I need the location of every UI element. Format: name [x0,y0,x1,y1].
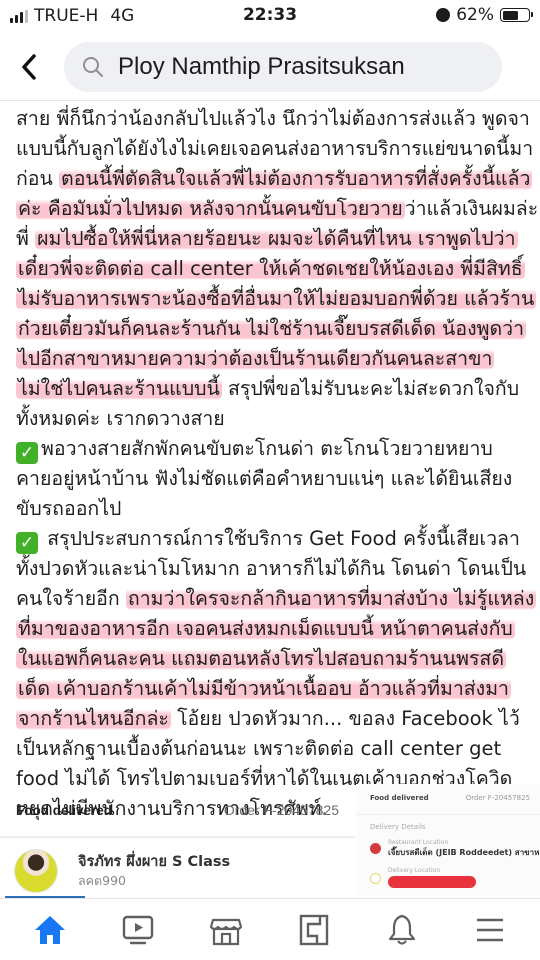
tab-watch[interactable] [108,905,168,955]
home-icon [32,912,68,948]
search-input[interactable]: Ploy Namthip Prasitsuksan [64,42,502,92]
post-line: เป็นหลักฐานเบื้องต้นก่อนนะ เพราะติดต่อ c… [16,734,531,764]
search-query: Ploy Namthip Prasitsuksan [118,53,405,81]
tab-marketplace[interactable] [196,905,256,955]
post-text: สาย พี่ก็นึกว่าน้องกลับไปแล้วไง นึกว่าไม… [16,104,531,824]
post-text-segment: คายอยู่หน้าบ้าน ฟังไม่ชัดแต่คือคำหยาบแน่… [16,467,512,490]
tab-bar-divider [0,898,540,899]
back-button[interactable] [16,50,42,84]
post-line: จากร้านไหนอีกล่ะ โอ้ยย ปวดหัวมาก... ขอลง… [16,704,531,734]
shop-icon [208,912,244,948]
order-status: Food delivered [16,803,112,818]
driver-plate: ลคต990 [78,872,230,890]
post-text-segment: สรุปประสบการณ์การใช้บริการ Get Food ครั้… [41,527,520,550]
post-line: ไม่รับอาหารเพราะน้องซื้อที่อื่นมาให้ไม่ย… [16,284,531,314]
post-text-segment: พอวางสายสักพักคนขับตะโกนด่า ตะโกนโวยวายห… [41,437,493,460]
post-line: พี่ ผมไปซื้อให้พี่นี่หลายร้อยนะ ผมจะได้ค… [16,224,531,254]
highlighted-text: ไม่รับอาหารเพราะน้องซื้อที่อื่นมาให้ไม่ย… [16,287,536,310]
post-text-segment: ว่าแล้วเงินผมล่ะ [405,197,539,220]
post-line: สาย พี่ก็นึกว่าน้องกลับไปแล้วไง นึกว่าไม… [16,104,531,134]
highlighted-text: ไม่ใช่ไปคนละร้านแบบนี้ [16,377,222,400]
driver-row: จิรภัทร ผึ่งผาย S Class ลคต990 [14,846,354,896]
chevron-left-icon [21,54,37,80]
header-divider [0,100,540,101]
highlighted-text: ถามว่าใครจะกล้ากินอาหารที่มาส่งบ้าง ไม่ร… [126,587,536,610]
search-icon [82,56,104,78]
post-line: เด็ด เค้าบอกร้านเค้าไม่มีข้าวหน้าเนื้ออบ… [16,674,531,704]
post-line: ✓ สรุปประสบการณ์การใช้บริการ Get Food คร… [16,524,531,554]
post-line: แบบนี้กับลูกได้ยังไงไม่เคยเจอคนส่งอาหารบ… [16,134,531,164]
post-line: ทั้งปวดหัวและน่าโมโหมาก อาหารก็ไม่ได้กิน… [16,554,531,584]
driver-avatar [14,849,58,893]
highlighted-text: ตอนนี้พี่ตัดสินใจแล้วพี่ไม่ต้องการรับอาห… [59,167,532,190]
restaurant-pin-icon [370,843,381,854]
restaurant-value: เจี๊ยบรสดีเด็ด (JEIB Roddeedet) สาขาหล..… [388,846,540,859]
highlighted-text: เดี๋ยวพี่จะติดต่อ call center ให้เค้าชดเ… [16,257,525,280]
tab-home[interactable] [20,905,80,955]
delivery-details-card: Food delivered Order F-20457825 Delivery… [356,784,540,896]
post-line: ไม่ใช่ไปคนละร้านแบบนี้ สรุปพี่ขอไม่รับนะ… [16,374,531,404]
check-mark-icon: ✓ [16,442,38,464]
post-text-segment: เป็นหลักฐานเบื้องต้นก่อนนะ เพราะติดต่อ c… [16,737,501,760]
highlighted-text: ไปอีกสาขาหมายความว่าต้องเป็นร้านเดียวกัน… [16,347,494,370]
tab-bar [0,900,540,960]
post-line: ก่อน ตอนนี้พี่ตัดสินใจแล้วพี่ไม่ต้องการร… [16,164,531,194]
post-line: ขับรถออกไป [16,494,531,524]
highlighted-text: ค่ะ คือมันมั่วไปหมด หลังจากนั้นคนขับโวยว… [16,197,405,220]
restaurant-stop: Restaurant Location เจี๊ยบรสดีเด็ด (JEIB… [356,839,540,859]
status-right: 62% [436,5,530,25]
video-icon [120,912,156,948]
post-text-segment: คนใจร้ายอีก [16,587,126,610]
restaurant-label: Restaurant Location [388,839,540,846]
tab-notifications[interactable] [372,905,432,955]
delivery-label: Delivery Location [388,867,540,874]
status-bar: TRUE-H 4G 22:33 62% [0,0,540,34]
alarm-icon [436,8,450,22]
details-order-id: Order F-20457825 [466,794,530,802]
check-mark-icon: ✓ [16,532,38,554]
post-line: ✓พอวางสายสักพักคนขับตะโกนด่า ตะโกนโวยวาย… [16,434,531,464]
search-header: Ploy Namthip Prasitsuksan [0,36,540,98]
bell-icon [384,912,420,948]
details-section-label: Delivery Details [356,815,540,831]
post-line: ในแอพก็คนละคน แถมตอนหลังโทรไปสอบถามร้านน… [16,644,531,674]
tab-menu[interactable] [460,905,520,955]
highlighted-text: ผมไปซื้อให้พี่นี่หลายร้อยนะ ผมจะได้คืนที… [35,227,518,250]
order-id: Order F-20457825 [224,802,339,818]
highlighted-text: ที่มาของอาหารอีก เจอคนส่งหมกเม็ดแบบนี้ ห… [16,617,515,640]
post-text-segment: ทั้งปวดหัวและน่าโมโหมาก อาหารก็ไม่ได้กิน… [16,557,526,580]
gaming-icon [296,912,332,948]
battery-icon [500,8,530,22]
post-line: ค่ะ คือมันมั่วไปหมด หลังจากนั้นคนขับโวยว… [16,194,531,224]
details-status: Food delivered [370,794,429,802]
redacted-address [388,876,476,888]
highlighted-text: เด็ด เค้าบอกร้านเค้าไม่มีข้าวหน้าเนื้ออบ… [16,677,511,700]
highlighted-text: จากร้านไหนอีกล่ะ [16,707,171,730]
order-status-row: Food delivered Order F-20457825 [0,790,355,830]
post-line: คายอยู่หน้าบ้าน ฟังไม่ชัดแต่คือคำหยาบแน่… [16,464,531,494]
post-line: ที่มาของอาหารอีก เจอคนส่งหมกเม็ดแบบนี้ ห… [16,614,531,644]
post-text-segment: ทั้งหมดค่ะ เรากดวางสาย [16,407,225,430]
menu-icon [472,912,508,948]
post-text-segment: สาย พี่ก็นึกว่าน้องกลับไปแล้วไง นึกว่าไม… [16,107,530,130]
delivery-stop: Delivery Location [356,867,540,888]
post-line: คนใจร้ายอีก ถามว่าใครจะกล้ากินอาหารที่มา… [16,584,531,614]
delivery-pin-icon [370,873,381,884]
post-text-segment: ก่อน [16,167,59,190]
post-text-segment: ขับรถออกไป [16,497,121,520]
post-text-segment: โอ้ยย ปวดหัวมาก... ขอลง Facebook ไว้ [171,707,520,730]
post-line: ทั้งหมดค่ะ เรากดวางสาย [16,404,531,434]
highlighted-text: ในแอพก็คนละคน แถมตอนหลังโทรไปสอบถามร้านน… [16,647,506,670]
order-divider [0,836,355,838]
post-text-segment: สรุปพี่ขอไม่รับนะคะไม่สะดวกใจกับ [222,377,519,400]
post-line: เดี๋ยวพี่จะติดต่อ call center ให้เค้าชดเ… [16,254,531,284]
driver-name: จิรภัทร ผึ่งผาย S Class [78,852,230,872]
post-text-segment: พี่ [16,227,35,250]
post-line: ไปอีกสาขาหมายความว่าต้องเป็นร้านเดียวกัน… [16,344,531,374]
highlighted-text: ก๋วยเตี๋ยวมันก็คนละร้านกัน ไม่ใช่ร้านเจี… [16,317,526,340]
post-text-segment: แบบนี้กับลูกได้ยังไงไม่เคยเจอคนส่งอาหารบ… [16,137,533,160]
post-line: ก๋วยเตี๋ยวมันก็คนละร้านกัน ไม่ใช่ร้านเจี… [16,314,531,344]
tab-gaming[interactable] [284,905,344,955]
battery-percent: 62% [456,5,494,25]
